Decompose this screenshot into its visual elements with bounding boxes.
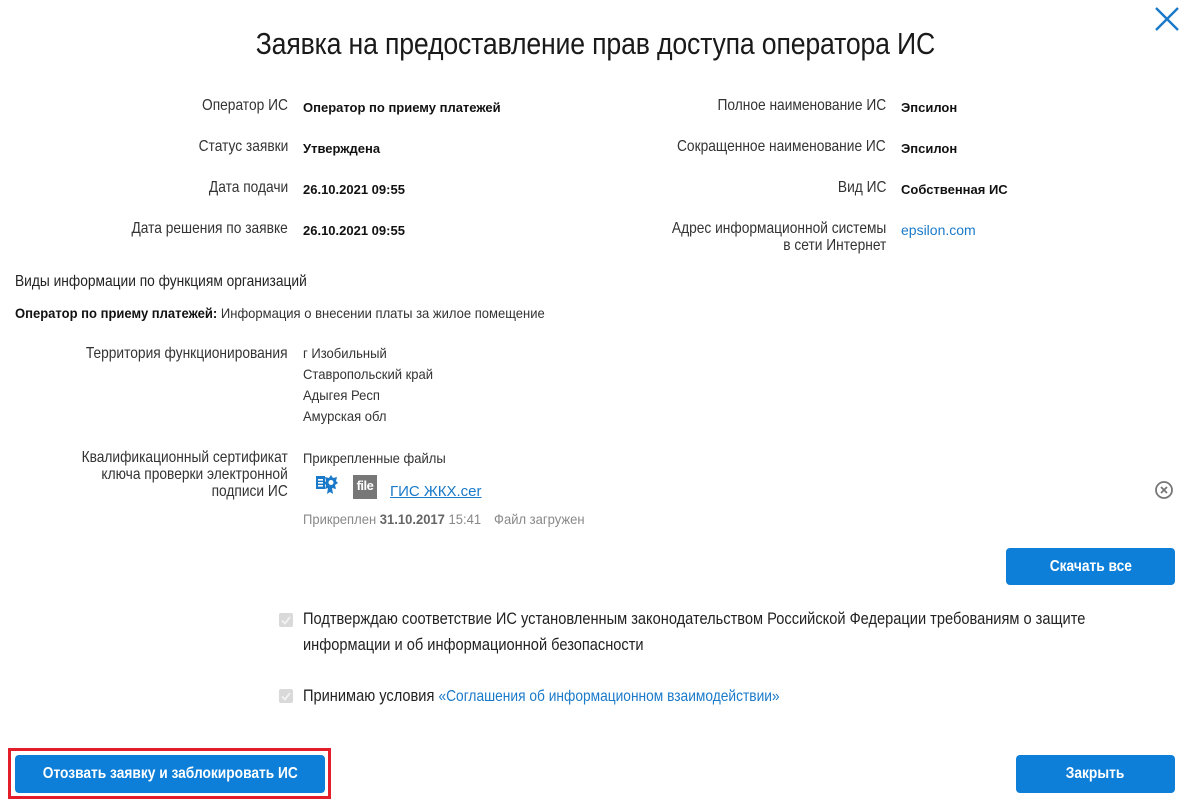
file-status: Файл загружен xyxy=(494,511,584,527)
attached-files-caption: Прикрепленные файлы xyxy=(303,450,446,466)
close-label: Закрыть xyxy=(1066,755,1125,793)
revoke-and-block-button[interactable]: Отозвать заявку и заблокировать ИС xyxy=(15,755,325,793)
download-all-label: Скачать все xyxy=(1049,548,1131,585)
field-value-short-name: Эпсилон xyxy=(901,140,957,157)
certificate-label-line2: ключа проверки электронной xyxy=(82,466,288,483)
field-label-full-name: Полное наименование ИС xyxy=(717,97,886,114)
consent-text-security: Подтверждаю соответствие ИС установленны… xyxy=(303,606,1085,658)
consent-agreement-text: Принимаю условия xyxy=(303,686,434,705)
dialog-title: Заявка на предоставление прав доступа оп… xyxy=(83,26,1107,62)
field-value-status: Утверждена xyxy=(303,140,380,157)
function-name: Оператор по приему платежей: xyxy=(15,305,217,321)
download-all-button[interactable]: Скачать все xyxy=(1006,548,1175,585)
close-button[interactable]: Закрыть xyxy=(1016,755,1175,793)
certificate-label-line3: подписи ИС xyxy=(82,483,288,500)
territory-item: Ставропольский край xyxy=(303,366,433,387)
attached-prefix: Прикреплен xyxy=(303,511,376,527)
field-label-decision-date: Дата решения по заявке xyxy=(132,220,288,237)
certificate-label: Квалификационный сертификат ключа провер… xyxy=(82,449,288,500)
consent-checkbox-agreement[interactable] xyxy=(279,689,293,703)
revoke-label: Отозвать заявку и заблокировать ИС xyxy=(42,755,297,793)
field-label-operator: Оператор ИС xyxy=(202,97,288,114)
field-label-address: Адрес информационной системы в сети Инте… xyxy=(672,220,886,254)
consent-text-line2: информации и об информационной безопасно… xyxy=(303,632,1085,658)
certificate-label-line1: Квалификационный сертификат xyxy=(82,449,288,466)
function-info: Информация о внесении платы за жилое пом… xyxy=(221,305,545,321)
certificate-icon xyxy=(316,475,338,495)
field-label-is-type: Вид ИС xyxy=(837,179,886,196)
field-label-submit-date: Дата подачи xyxy=(209,179,288,196)
field-value-full-name: Эпсилон xyxy=(901,99,957,116)
territory-item: Амурская обл xyxy=(303,408,433,429)
territory-item: г Изобильный xyxy=(303,345,433,366)
field-label-short-name: Сокращенное наименование ИС xyxy=(677,138,886,155)
remove-file-icon[interactable] xyxy=(1154,480,1174,500)
file-download-link[interactable]: ГИС ЖКХ.cer xyxy=(390,483,482,500)
field-label-address-line2: в сети Интернет xyxy=(672,237,886,254)
field-label-status: Статус заявки xyxy=(198,138,288,155)
function-info-line: Оператор по приему платежей: Информация … xyxy=(15,305,545,321)
consent-text-agreement: Принимаю условия «Соглашения об информац… xyxy=(303,683,780,710)
agreement-link[interactable]: «Соглашения об информационном взаимодейс… xyxy=(438,688,779,705)
attached-date: 31.10.2017 xyxy=(380,511,445,527)
field-label-address-line1: Адрес информационной системы xyxy=(672,220,886,237)
attached-time: 15:41 xyxy=(449,511,482,527)
consent-checkbox-security[interactable] xyxy=(279,613,293,627)
file-meta: Прикреплен 31.10.2017 15:41 Файл загруже… xyxy=(303,511,585,527)
field-value-submit-date: 26.10.2021 09:55 xyxy=(303,181,405,198)
info-types-title: Виды информации по функциям организаций xyxy=(15,273,307,291)
field-value-operator: Оператор по приему платежей xyxy=(303,99,501,116)
territory-label: Территория функционирования xyxy=(86,345,288,362)
file-type-icon: file xyxy=(353,475,377,499)
territory-item: Адыгея Респ xyxy=(303,387,433,408)
territory-list: г Изобильный Ставропольский край Адыгея … xyxy=(303,345,433,429)
close-icon[interactable] xyxy=(1152,4,1182,34)
field-value-is-type: Собственная ИС xyxy=(901,181,1008,198)
consent-text-line1: Подтверждаю соответствие ИС установленны… xyxy=(303,606,1085,632)
field-value-address-link[interactable]: epsilon.com xyxy=(901,222,976,239)
field-value-decision-date: 26.10.2021 09:55 xyxy=(303,222,405,239)
